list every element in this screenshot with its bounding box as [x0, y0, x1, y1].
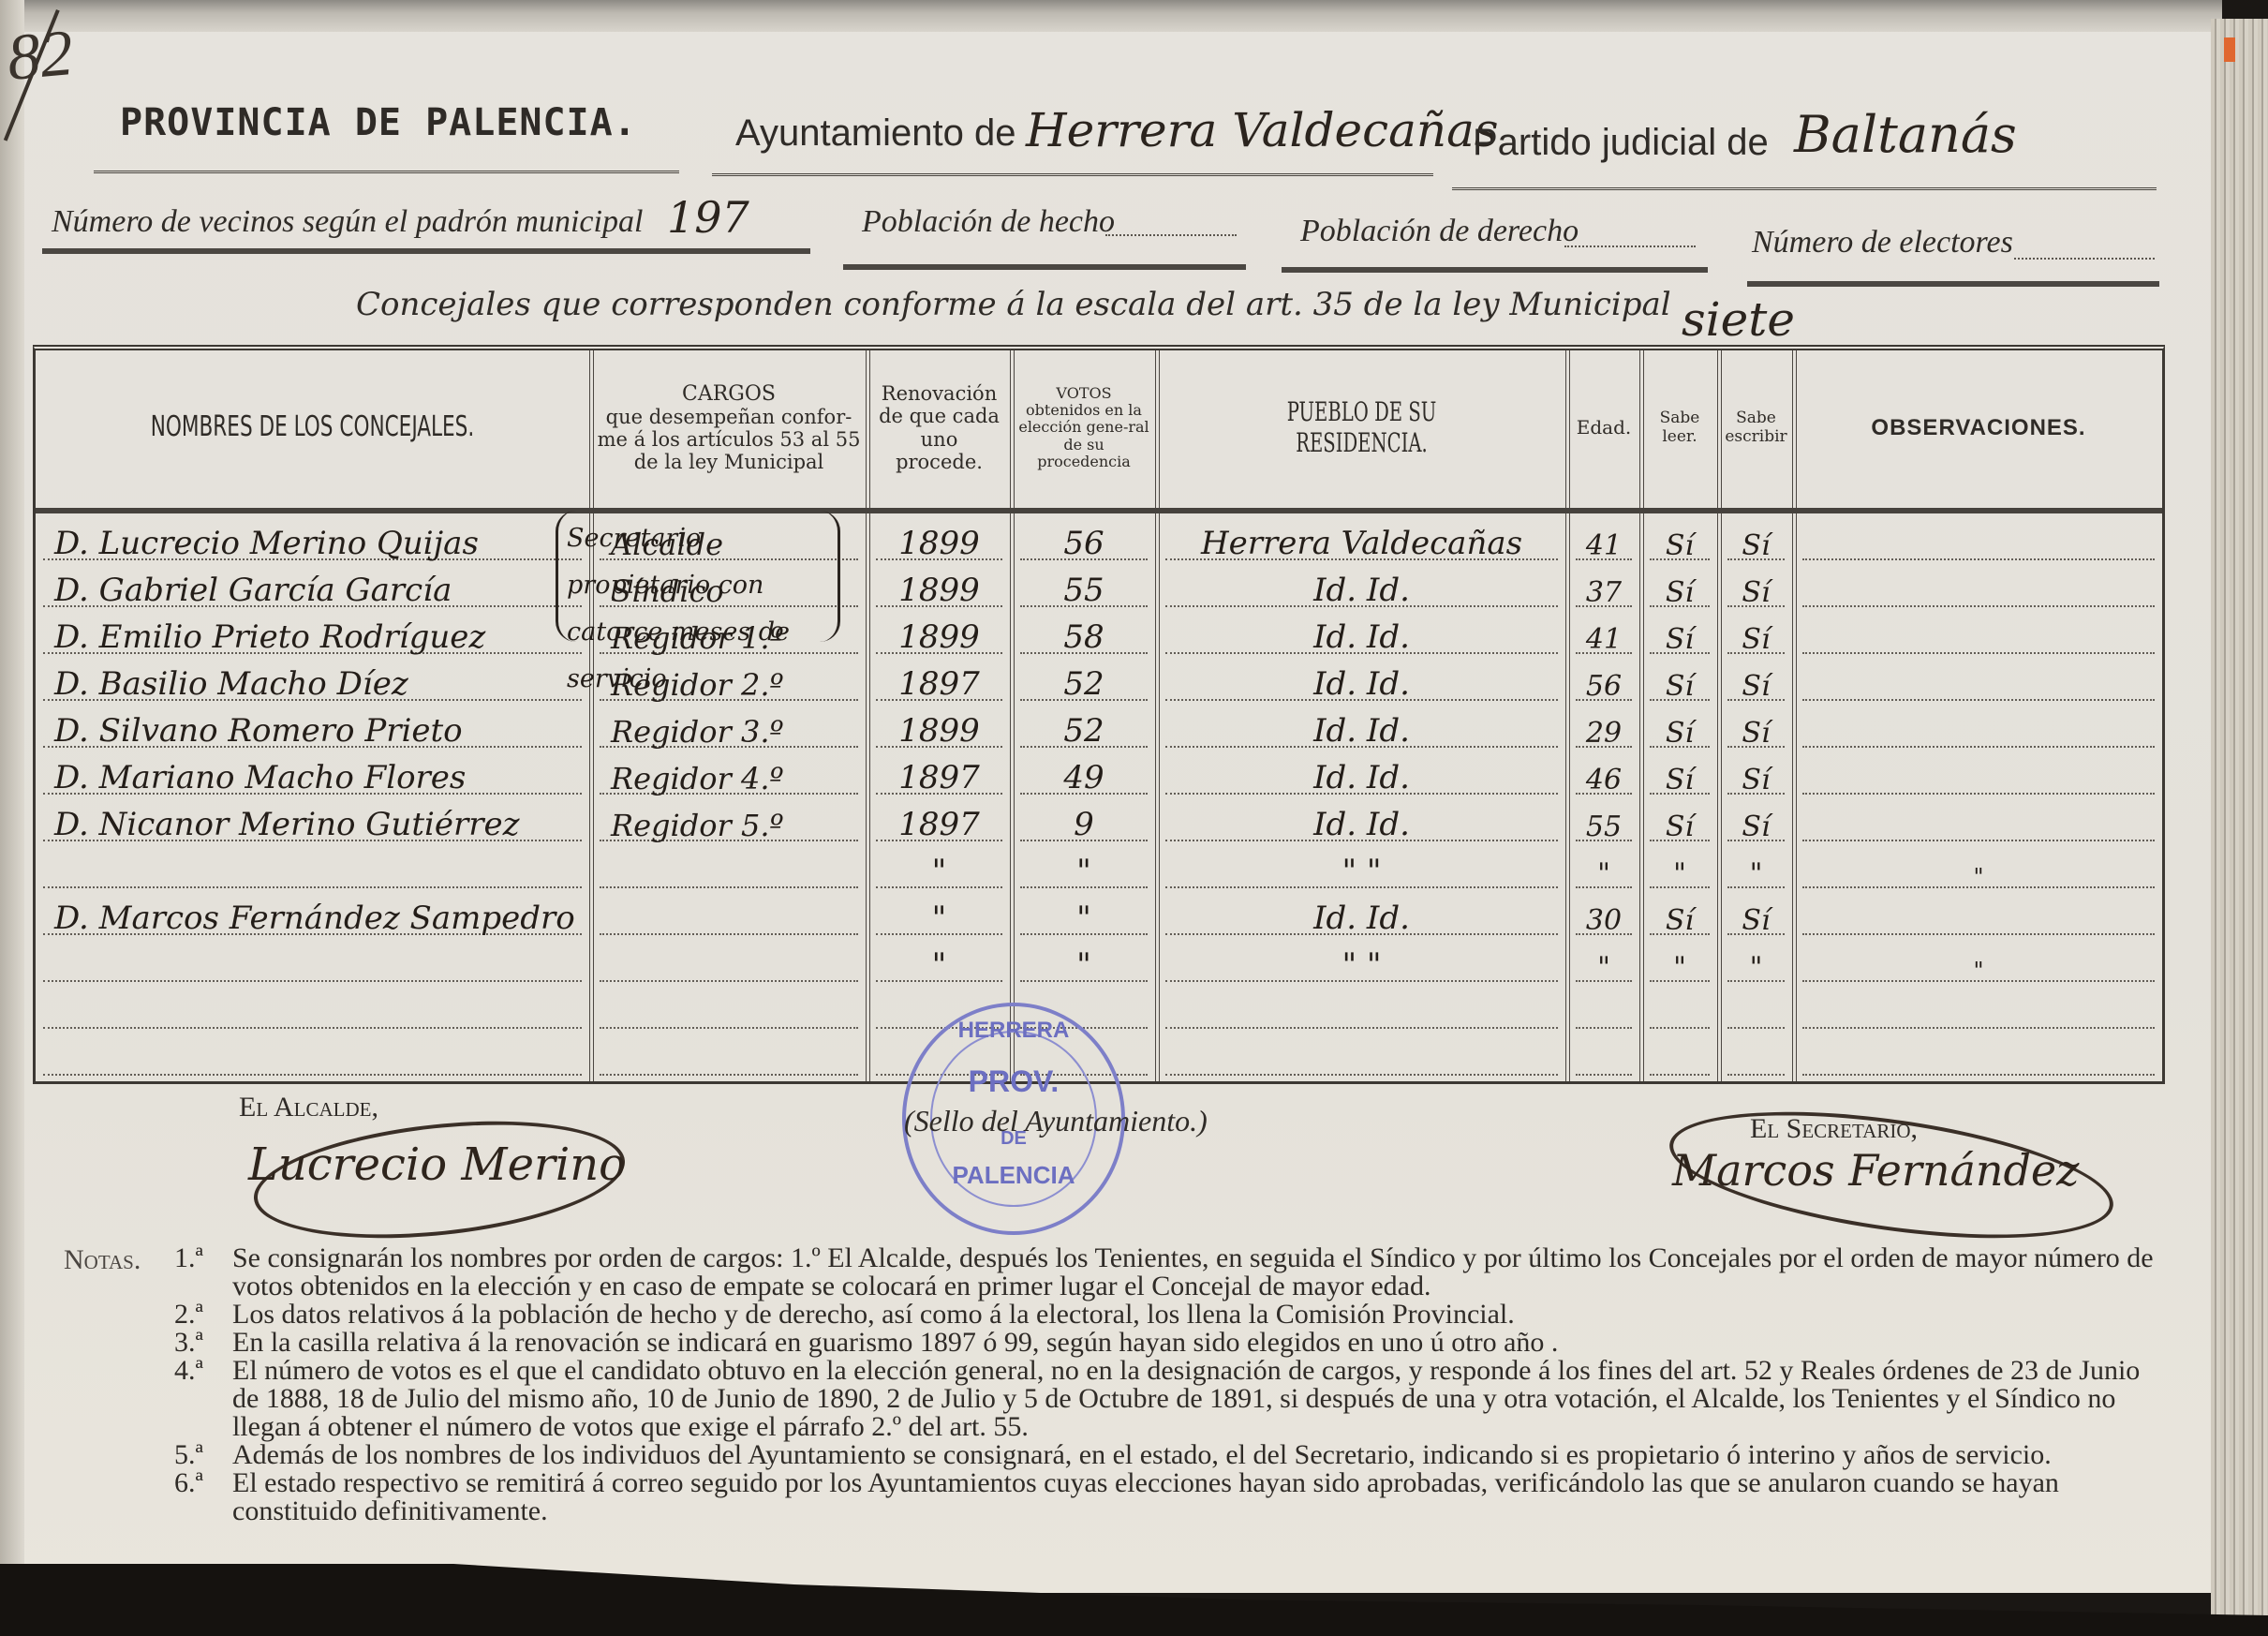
dotted-line: [600, 1074, 858, 1076]
cell-renovacion: 1899: [868, 517, 1010, 566]
concejales-value: siete: [1682, 292, 1795, 347]
header-cargos-title: CARGOS: [682, 382, 776, 406]
cell-renovacion: ": [868, 892, 1010, 941]
cell-leer: [1642, 1033, 1717, 1081]
nota-text: El estado respectivo se remitirá á corre…: [232, 1467, 2059, 1526]
nota-item: 1.ªSe consignarán los nombres por orden …: [64, 1244, 2162, 1301]
renovacion-value: ": [932, 900, 947, 937]
nombre-value: D. Marcos Fernández Sampedro: [54, 900, 575, 937]
dotted-line: [1650, 1027, 1710, 1029]
nota-item: 4.ªEl número de votos es el que el candi…: [64, 1357, 2162, 1441]
electores-field: [2014, 258, 2155, 260]
cell-edad: 37: [1568, 564, 1639, 613]
table-row: D. Emilio Prieto RodríguezRegidor 1.º189…: [36, 611, 2162, 660]
notas-list: 1.ªSe consignarán los nombres por orden …: [64, 1244, 2162, 1525]
nota-item: 2.ªLos datos relativos á la población de…: [64, 1301, 2162, 1329]
notas-section: Notas. 1.ªSe consignarán los nombres por…: [64, 1244, 2162, 1525]
cargo-value: Regidor 5.º: [611, 808, 784, 843]
cell-renovacion: 1897: [868, 751, 1010, 800]
cell-obs: ": [1795, 939, 2162, 988]
leer-value: Sí: [1666, 904, 1694, 937]
escribir-value: Sí: [1742, 764, 1770, 796]
cell-renovacion: 1899: [868, 611, 1010, 660]
cell-nombre: [36, 1033, 589, 1081]
cell-votos: 52: [1013, 705, 1155, 753]
leer-value: Sí: [1666, 764, 1694, 796]
dotted-line: [1802, 1074, 2155, 1076]
nombre-value: D. Emilio Prieto Rodríguez: [54, 618, 485, 656]
partido-rule: [1452, 187, 2157, 194]
header-observaciones: OBSERVACIONES.: [1795, 350, 2162, 505]
cell-votos: 56: [1013, 517, 1155, 566]
pueblo-value: Id. Id.: [1313, 712, 1410, 750]
cell-leer: Sí: [1642, 564, 1717, 613]
cell-escribir: ": [1720, 845, 1792, 894]
hecho-rule: [843, 264, 1246, 270]
votos-value: 58: [1063, 618, 1104, 656]
votos-value: 49: [1063, 759, 1104, 796]
cell-pueblo: [1158, 986, 1565, 1034]
escribir-value: Sí: [1742, 529, 1770, 562]
cell-votos: 49: [1013, 751, 1155, 800]
leer-value: Sí: [1666, 717, 1694, 750]
cell-pueblo: Id. Id.: [1158, 892, 1565, 941]
cell-escribir: Sí: [1720, 658, 1792, 706]
renovacion-value: 1899: [898, 712, 980, 750]
cell-edad: 55: [1568, 798, 1639, 847]
table-row: D. Nicanor Merino GutiérrezRegidor 5.º18…: [36, 798, 2162, 847]
leer-value: Sí: [1666, 811, 1694, 843]
votos-value: 55: [1063, 572, 1104, 609]
dotted-line: [1802, 793, 2155, 795]
cell-pueblo: " ": [1158, 845, 1565, 894]
nombre-value: D. Basilio Macho Díez: [54, 665, 408, 703]
header-votos-title: VOTOS: [1056, 385, 1111, 402]
cell-nombre: [36, 939, 589, 988]
cell-nombre: D. Basilio Macho Díez: [36, 658, 589, 706]
cell-leer: ": [1642, 939, 1717, 988]
nota-number: 4.ª: [174, 1357, 203, 1385]
cell-votos: ": [1013, 845, 1155, 894]
sello-label: (Sello del Ayuntamiento.): [904, 1104, 1208, 1138]
nombre-value: D. Gabriel García García: [54, 572, 452, 609]
votos-value: ": [1076, 946, 1091, 984]
document-page: 82 PROVINCIA DE PALENCIA. Ayuntamiento d…: [0, 0, 2222, 1593]
cell-cargo: [592, 1033, 866, 1081]
nota-text: Además de los nombres de los individuos …: [232, 1439, 2052, 1470]
cell-cargo: Regidor 3.º: [592, 705, 866, 753]
pueblo-value: Id. Id.: [1313, 618, 1410, 656]
partido-label: Partido judicial de: [1473, 122, 1769, 164]
nombre-value: D. Nicanor Merino Gutiérrez: [54, 806, 520, 843]
cell-cargo: [592, 892, 866, 941]
renovacion-value: 1899: [898, 618, 980, 656]
table-row: D. Lucrecio Merino QuijasAlcalde189956He…: [36, 517, 2162, 566]
pueblo-value: " ": [1342, 946, 1381, 984]
escribir-value: Sí: [1742, 623, 1770, 656]
cell-obs: [1795, 892, 2162, 941]
cell-votos: ": [1013, 939, 1155, 988]
nota-item: 6.ªEl estado respectivo se remitirá á co…: [64, 1469, 2162, 1525]
pueblo-value: Herrera Valdecañas: [1201, 525, 1522, 562]
dotted-line: [1165, 1027, 1558, 1029]
cell-leer: Sí: [1642, 517, 1717, 566]
cell-leer: Sí: [1642, 705, 1717, 753]
escribir-value: Sí: [1742, 717, 1770, 750]
poblacion-hecho-label: Población de hecho: [862, 204, 1115, 240]
renovacion-value: ": [932, 946, 947, 984]
alcalde-label: El Alcalde,: [239, 1092, 378, 1123]
votos-value: 9: [1074, 806, 1094, 843]
renovacion-value: 1897: [898, 759, 980, 796]
nota-number: 3.ª: [174, 1329, 203, 1357]
leer-value: Sí: [1666, 576, 1694, 609]
stamp-line-4: PALENCIA: [906, 1161, 1121, 1190]
cell-pueblo: [1158, 1033, 1565, 1081]
poblacion-derecho-field: [1564, 245, 1696, 247]
cell-escribir: [1720, 1033, 1792, 1081]
cell-obs: ": [1795, 845, 2162, 894]
dotted-line: [1802, 558, 2155, 560]
cell-edad: 56: [1568, 658, 1639, 706]
edad-value: 29: [1586, 717, 1622, 750]
edad-value: 41: [1586, 623, 1622, 656]
cell-edad: [1568, 986, 1639, 1034]
cell-cargo: Regidor 4.º: [592, 751, 866, 800]
dotted-line: [1802, 652, 2155, 654]
binding-gutter: [0, 0, 24, 1593]
nombre-value: D. Mariano Macho Flores: [54, 759, 466, 796]
dotted-line: [600, 1027, 858, 1029]
derecho-rule: [1282, 267, 1708, 273]
dotted-line: [43, 980, 582, 982]
cell-pueblo: Id. Id.: [1158, 798, 1565, 847]
cell-obs: [1795, 986, 2162, 1034]
cell-renovacion: 1899: [868, 705, 1010, 753]
header-edad: Edad.: [1568, 350, 1639, 505]
nota-text: En la casilla relativa á la renovación s…: [232, 1327, 1558, 1358]
vecinos-label: Número de vecinos según el padrón munici…: [52, 204, 643, 240]
cell-edad: ": [1568, 939, 1639, 988]
cell-obs: [1795, 658, 2162, 706]
cell-renovacion: 1897: [868, 658, 1010, 706]
votos-value: ": [1076, 853, 1091, 890]
dotted-line: [600, 886, 858, 888]
nota-text: Se consignarán los nombres por orden de …: [232, 1242, 2154, 1301]
escribir-value: ": [1750, 951, 1763, 984]
votos-value: 52: [1063, 712, 1104, 750]
bookmark-tab: [2224, 37, 2235, 62]
province-title: PROVINCIA DE PALENCIA.: [120, 101, 637, 144]
dotted-line: [1576, 1074, 1632, 1076]
stamp-line-1: HERRERA: [906, 1018, 1121, 1044]
dotted-line: [1802, 1027, 2155, 1029]
dotted-line: [1802, 746, 2155, 748]
nota-number: 1.ª: [174, 1244, 203, 1272]
ayuntamiento-rule: [712, 173, 1433, 180]
cell-leer: [1642, 986, 1717, 1034]
cell-cargo: Regidor 5.º: [592, 798, 866, 847]
cell-obs: [1795, 611, 2162, 660]
cell-escribir: [1720, 986, 1792, 1034]
dotted-line: [1727, 1074, 1785, 1076]
dotted-line: [1576, 1027, 1632, 1029]
edad-value: 37: [1586, 576, 1622, 609]
cell-pueblo: Id. Id.: [1158, 705, 1565, 753]
header-sabe-escribir: Sabe escribir: [1720, 350, 1792, 505]
cell-edad: ": [1568, 845, 1639, 894]
cell-nombre: D. Emilio Prieto Rodríguez: [36, 611, 589, 660]
escribir-value: Sí: [1742, 811, 1770, 843]
page-edges: [2211, 19, 2268, 1630]
header-nombres: NOMBRES DE LOS CONCEJALES.: [91, 350, 534, 505]
province-rule: [94, 171, 679, 177]
cell-nombre: D. Gabriel García García: [36, 564, 589, 613]
pueblo-value: " ": [1342, 853, 1381, 890]
edad-value: 55: [1586, 811, 1622, 843]
leer-value: Sí: [1666, 670, 1694, 703]
cell-escribir: Sí: [1720, 751, 1792, 800]
cell-obs: [1795, 517, 2162, 566]
cargo-value: Regidor 4.º: [611, 761, 784, 796]
nombre-value: D. Lucrecio Merino Quijas: [54, 525, 479, 562]
table-row: D. Silvano Romero PrietoRegidor 3.º18995…: [36, 705, 2162, 753]
edad-value: 30: [1586, 904, 1622, 937]
table-row: D. Marcos Fernández Sampedro""Id. Id.30S…: [36, 892, 2162, 941]
cell-edad: 41: [1568, 517, 1639, 566]
cell-edad: [1568, 1033, 1639, 1081]
renovacion-value: 1899: [898, 572, 980, 609]
table-row: """ """"": [36, 845, 2162, 894]
cell-leer: ": [1642, 845, 1717, 894]
vecinos-rule: [42, 248, 810, 254]
cell-cargo: [592, 986, 866, 1034]
renovacion-value: 1897: [898, 665, 980, 703]
cell-escribir: Sí: [1720, 564, 1792, 613]
cell-obs: [1795, 564, 2162, 613]
table-row: D. Basilio Macho DíezRegidor 2.º189752Id…: [36, 658, 2162, 706]
concejales-label: Concejales que corresponden conforme á l…: [356, 286, 1671, 323]
dotted-line: [1802, 699, 2155, 701]
renovacion-value: 1897: [898, 806, 980, 843]
pueblo-value: Id. Id.: [1313, 665, 1410, 703]
renovacion-value: ": [932, 853, 947, 890]
dotted-line: [1165, 1074, 1558, 1076]
cell-edad: 41: [1568, 611, 1639, 660]
concejales-table: NOMBRES DE LOS CONCEJALES. CARGOS que de…: [33, 345, 2165, 1084]
cell-votos: 9: [1013, 798, 1155, 847]
pueblo-value: Id. Id.: [1313, 759, 1410, 796]
header-votos-sub: obtenidos en la elección gene-ral de su …: [1013, 402, 1155, 471]
nota-number: 2.ª: [174, 1301, 203, 1329]
cell-nombre: D. Silvano Romero Prieto: [36, 705, 589, 753]
cell-votos: 55: [1013, 564, 1155, 613]
cell-votos: 58: [1013, 611, 1155, 660]
cell-escribir: ": [1720, 939, 1792, 988]
poblacion-hecho-field: [1105, 234, 1237, 236]
obs-value: ": [1973, 958, 1983, 984]
header-rule: [36, 508, 2162, 513]
table-row: """ """"": [36, 939, 2162, 988]
cell-obs: [1795, 705, 2162, 753]
votos-value: 52: [1063, 665, 1104, 703]
table-row: D. Gabriel García GarcíaSíndico189955Id.…: [36, 564, 2162, 613]
cell-edad: 29: [1568, 705, 1639, 753]
dotted-line: [1650, 1074, 1710, 1076]
cell-escribir: Sí: [1720, 517, 1792, 566]
escribir-value: Sí: [1742, 670, 1770, 703]
escribir-value: Sí: [1742, 576, 1770, 609]
cell-nombre: D. Marcos Fernández Sampedro: [36, 892, 589, 941]
secretario-signature: Marcos Fernández: [1672, 1145, 2079, 1196]
cell-renovacion: ": [868, 939, 1010, 988]
escribir-value: Sí: [1742, 904, 1770, 937]
header-pueblo: PUEBLO DE SU RESIDENCIA.: [1219, 350, 1505, 505]
cell-nombre: D. Nicanor Merino Gutiérrez: [36, 798, 589, 847]
nota-item: 3.ªEn la casilla relativa á la renovació…: [64, 1329, 2162, 1357]
poblacion-derecho-label: Población de derecho: [1300, 214, 1579, 249]
pueblo-value: Id. Id.: [1313, 900, 1410, 937]
nota-text: Los datos relativos á la población de he…: [232, 1299, 1515, 1330]
cell-nombre: [36, 845, 589, 894]
pueblo-value: Id. Id.: [1313, 806, 1410, 843]
cell-obs: [1795, 751, 2162, 800]
cell-pueblo: Id. Id.: [1158, 658, 1565, 706]
dotted-line: [600, 980, 858, 982]
cell-escribir: Sí: [1720, 798, 1792, 847]
votos-value: 56: [1063, 525, 1104, 562]
cell-renovacion: ": [868, 845, 1010, 894]
cell-nombre: D. Lucrecio Merino Quijas: [36, 517, 589, 566]
header-cargos: CARGOS que desempeñan confor-me á los ar…: [592, 350, 866, 505]
vecinos-value: 197: [667, 192, 749, 243]
cell-nombre: [36, 986, 589, 1034]
cell-pueblo: Id. Id.: [1158, 611, 1565, 660]
secretario-cargo: Secretario propietario con catorce meses…: [567, 515, 829, 703]
electores-rule: [1747, 281, 2159, 287]
edad-value: 46: [1586, 764, 1622, 796]
leer-value: Sí: [1666, 529, 1694, 562]
edad-value: 41: [1586, 529, 1622, 562]
cell-leer: Sí: [1642, 751, 1717, 800]
cell-votos: ": [1013, 892, 1155, 941]
leer-value: ": [1673, 951, 1686, 984]
cell-pueblo: Id. Id.: [1158, 564, 1565, 613]
votos-value: ": [1076, 900, 1091, 937]
header-renovacion: Renovación de que cada uno procede.: [868, 350, 1010, 505]
cell-votos: 52: [1013, 658, 1155, 706]
cell-leer: Sí: [1642, 892, 1717, 941]
edad-value: ": [1597, 951, 1610, 984]
header-votos: VOTOS obtenidos en la elección gene-ral …: [1013, 350, 1155, 505]
leer-value: ": [1673, 857, 1686, 890]
cell-obs: [1795, 798, 2162, 847]
ayuntamiento-label: Ayuntamiento de: [735, 112, 1015, 155]
cell-nombre: D. Mariano Macho Flores: [36, 751, 589, 800]
dotted-line: [1802, 605, 2155, 607]
dotted-line: [43, 886, 582, 888]
cell-cargo: [592, 845, 866, 894]
cell-leer: Sí: [1642, 658, 1717, 706]
electores-label: Número de electores: [1752, 225, 2013, 260]
cell-renovacion: 1899: [868, 564, 1010, 613]
edad-value: ": [1597, 857, 1610, 890]
cell-cargo: [592, 939, 866, 988]
nota-text: El número de votos es el que el candidat…: [232, 1355, 2140, 1442]
dotted-line: [600, 933, 858, 935]
partido-value: Baltanás: [1794, 105, 2017, 164]
obs-value: ": [1973, 864, 1983, 890]
cell-leer: Sí: [1642, 611, 1717, 660]
header-sabe-leer: Sabe leer.: [1642, 350, 1717, 505]
stamp-line-2: PROV.: [906, 1064, 1121, 1099]
nombre-value: D. Silvano Romero Prieto: [54, 712, 463, 750]
cell-obs: [1795, 1033, 2162, 1081]
ayuntamiento-value: Herrera Valdecañas: [1026, 103, 1499, 157]
cell-pueblo: Id. Id.: [1158, 751, 1565, 800]
dotted-line: [43, 1074, 582, 1076]
pueblo-value: Id. Id.: [1313, 572, 1410, 609]
cell-edad: 46: [1568, 751, 1639, 800]
cell-pueblo: " ": [1158, 939, 1565, 988]
renovacion-value: 1899: [898, 525, 980, 562]
cell-escribir: Sí: [1720, 892, 1792, 941]
cell-escribir: Sí: [1720, 705, 1792, 753]
cell-pueblo: Herrera Valdecañas: [1158, 517, 1565, 566]
nota-item: 5.ªAdemás de los nombres de los individu…: [64, 1441, 2162, 1469]
dotted-line: [1727, 1027, 1785, 1029]
cell-leer: Sí: [1642, 798, 1717, 847]
cell-renovacion: 1897: [868, 798, 1010, 847]
cell-edad: 30: [1568, 892, 1639, 941]
escribir-value: ": [1750, 857, 1763, 890]
header-cargos-sub: que desempeñan confor-me á los artículos…: [592, 406, 866, 473]
dotted-line: [43, 1027, 582, 1029]
dotted-line: [1802, 933, 2155, 935]
nota-number: 5.ª: [174, 1441, 203, 1469]
edad-value: 56: [1586, 670, 1622, 703]
table-row: D. Mariano Macho FloresRegidor 4.º189749…: [36, 751, 2162, 800]
nota-number: 6.ª: [174, 1469, 203, 1497]
leer-value: Sí: [1666, 623, 1694, 656]
alcalde-signature: Lucrecio Merino: [248, 1138, 626, 1191]
cargo-value: Regidor 3.º: [611, 714, 784, 750]
cell-escribir: Sí: [1720, 611, 1792, 660]
dotted-line: [1802, 840, 2155, 841]
